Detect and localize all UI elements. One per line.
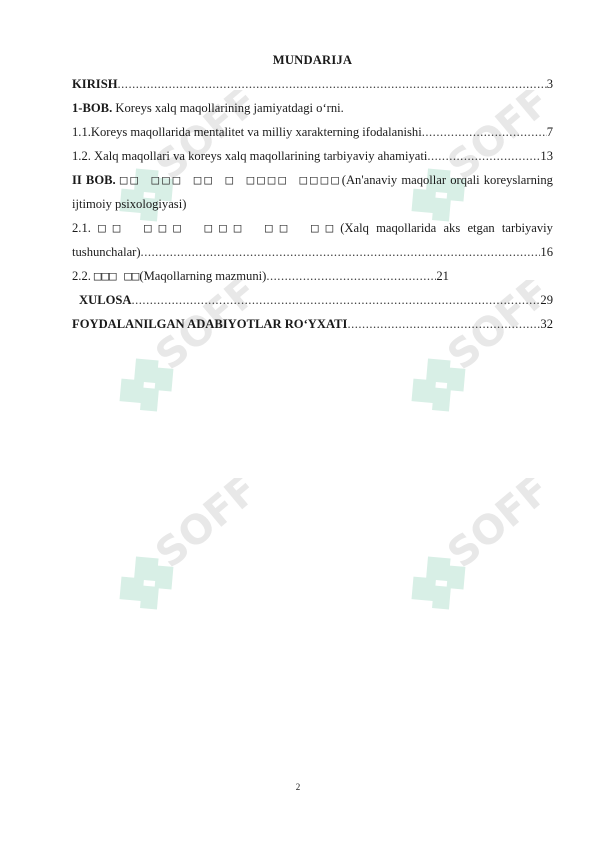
toc-entry-xulosa[interactable]: XULOSA 29 [72, 288, 553, 312]
toc-entry-kirish[interactable]: KIRISH 3 [72, 72, 553, 96]
toc-leader-dots [266, 264, 436, 288]
toc-entry-section-1-2[interactable]: 1.2. Xalq maqollari va koreys xalq maqol… [72, 144, 553, 168]
toc-entry-korean-text: □□□ □□ [94, 264, 140, 288]
toc-entry-label: (Maqollarning mazmuni) [139, 264, 266, 288]
toc-entry-label: 1.1.Koreys maqollarida mentalitet va mil… [72, 120, 422, 144]
toc-entry-label: XULOSA [79, 288, 131, 312]
toc-page-number: 29 [540, 288, 553, 312]
toc-entry-number: 2.2. [72, 264, 91, 288]
toc-page-number: 16 [540, 240, 553, 264]
toc-entry-section-2-2[interactable]: 2.2. □□□ □□ (Maqollarning mazmuni) 21 [72, 264, 553, 288]
toc-entry-bibliography[interactable]: FOYDALANILGAN ADABIYOTLAR RO‘YXATI 32 [72, 312, 553, 336]
toc-page-number: 3 [547, 72, 553, 96]
page-number: 2 [0, 782, 596, 792]
toc-title: MUNDARIJA [72, 48, 553, 72]
toc-entry-number: 2.1. [72, 221, 91, 235]
svg-text:SOFF: SOFF [439, 478, 550, 577]
toc-page-number: 32 [540, 312, 553, 336]
toc-entry-label: 1.2. Xalq maqollari va koreys xalq maqol… [72, 144, 427, 168]
toc-entry-label: Koreys xalq maqollarining jamiyatdagi o‘… [112, 96, 344, 120]
toc-leader-dots [141, 240, 541, 264]
toc-leader-dots [422, 120, 547, 144]
toc-leader-dots [347, 312, 540, 336]
toc-entry-label: FOYDALANILGAN ADABIYOTLAR RO‘YXATI [72, 312, 347, 336]
toc-leader-dots [131, 288, 540, 312]
watermark-logo-icon: SOFF [370, 478, 550, 618]
toc-entry-korean-text: □□ □□□ □□□ □□ □□ [98, 220, 340, 235]
toc-page-number: 7 [547, 120, 553, 144]
toc-entry-korean-text: □□ □□□ □□ □ □□□□ □□□□ [120, 172, 342, 187]
toc-leader-dots [427, 144, 540, 168]
toc-leader-dots [118, 72, 547, 96]
toc-entry-label-bold: 1-BOB. [72, 96, 112, 120]
toc-entry-label-bold: II BOB. [72, 173, 116, 187]
toc-entry-label: KIRISH [72, 72, 118, 96]
toc-entry-section-1-1[interactable]: 1.1.Koreys maqollarida mentalitet va mil… [72, 120, 553, 144]
watermark-logo-icon: SOFF [78, 478, 258, 618]
table-of-contents: MUNDARIJA KIRISH 3 1-BOB. Koreys xalq ma… [72, 48, 553, 336]
toc-page-number: 13 [540, 144, 553, 168]
toc-entry-chapter-1[interactable]: 1-BOB. Koreys xalq maqollarining jamiyat… [72, 96, 553, 120]
toc-entry-chapter-2[interactable]: II BOB. □□ □□□ □□ □ □□□□ □□□□(An'anaviy … [72, 168, 553, 216]
svg-text:SOFF: SOFF [147, 478, 258, 577]
toc-page-number: 21 [436, 264, 449, 288]
toc-entry-section-2-1-leader: tushunchalar) 16 [72, 240, 553, 264]
document-page: SOFF SOFF SOFF SOFF [0, 0, 596, 842]
